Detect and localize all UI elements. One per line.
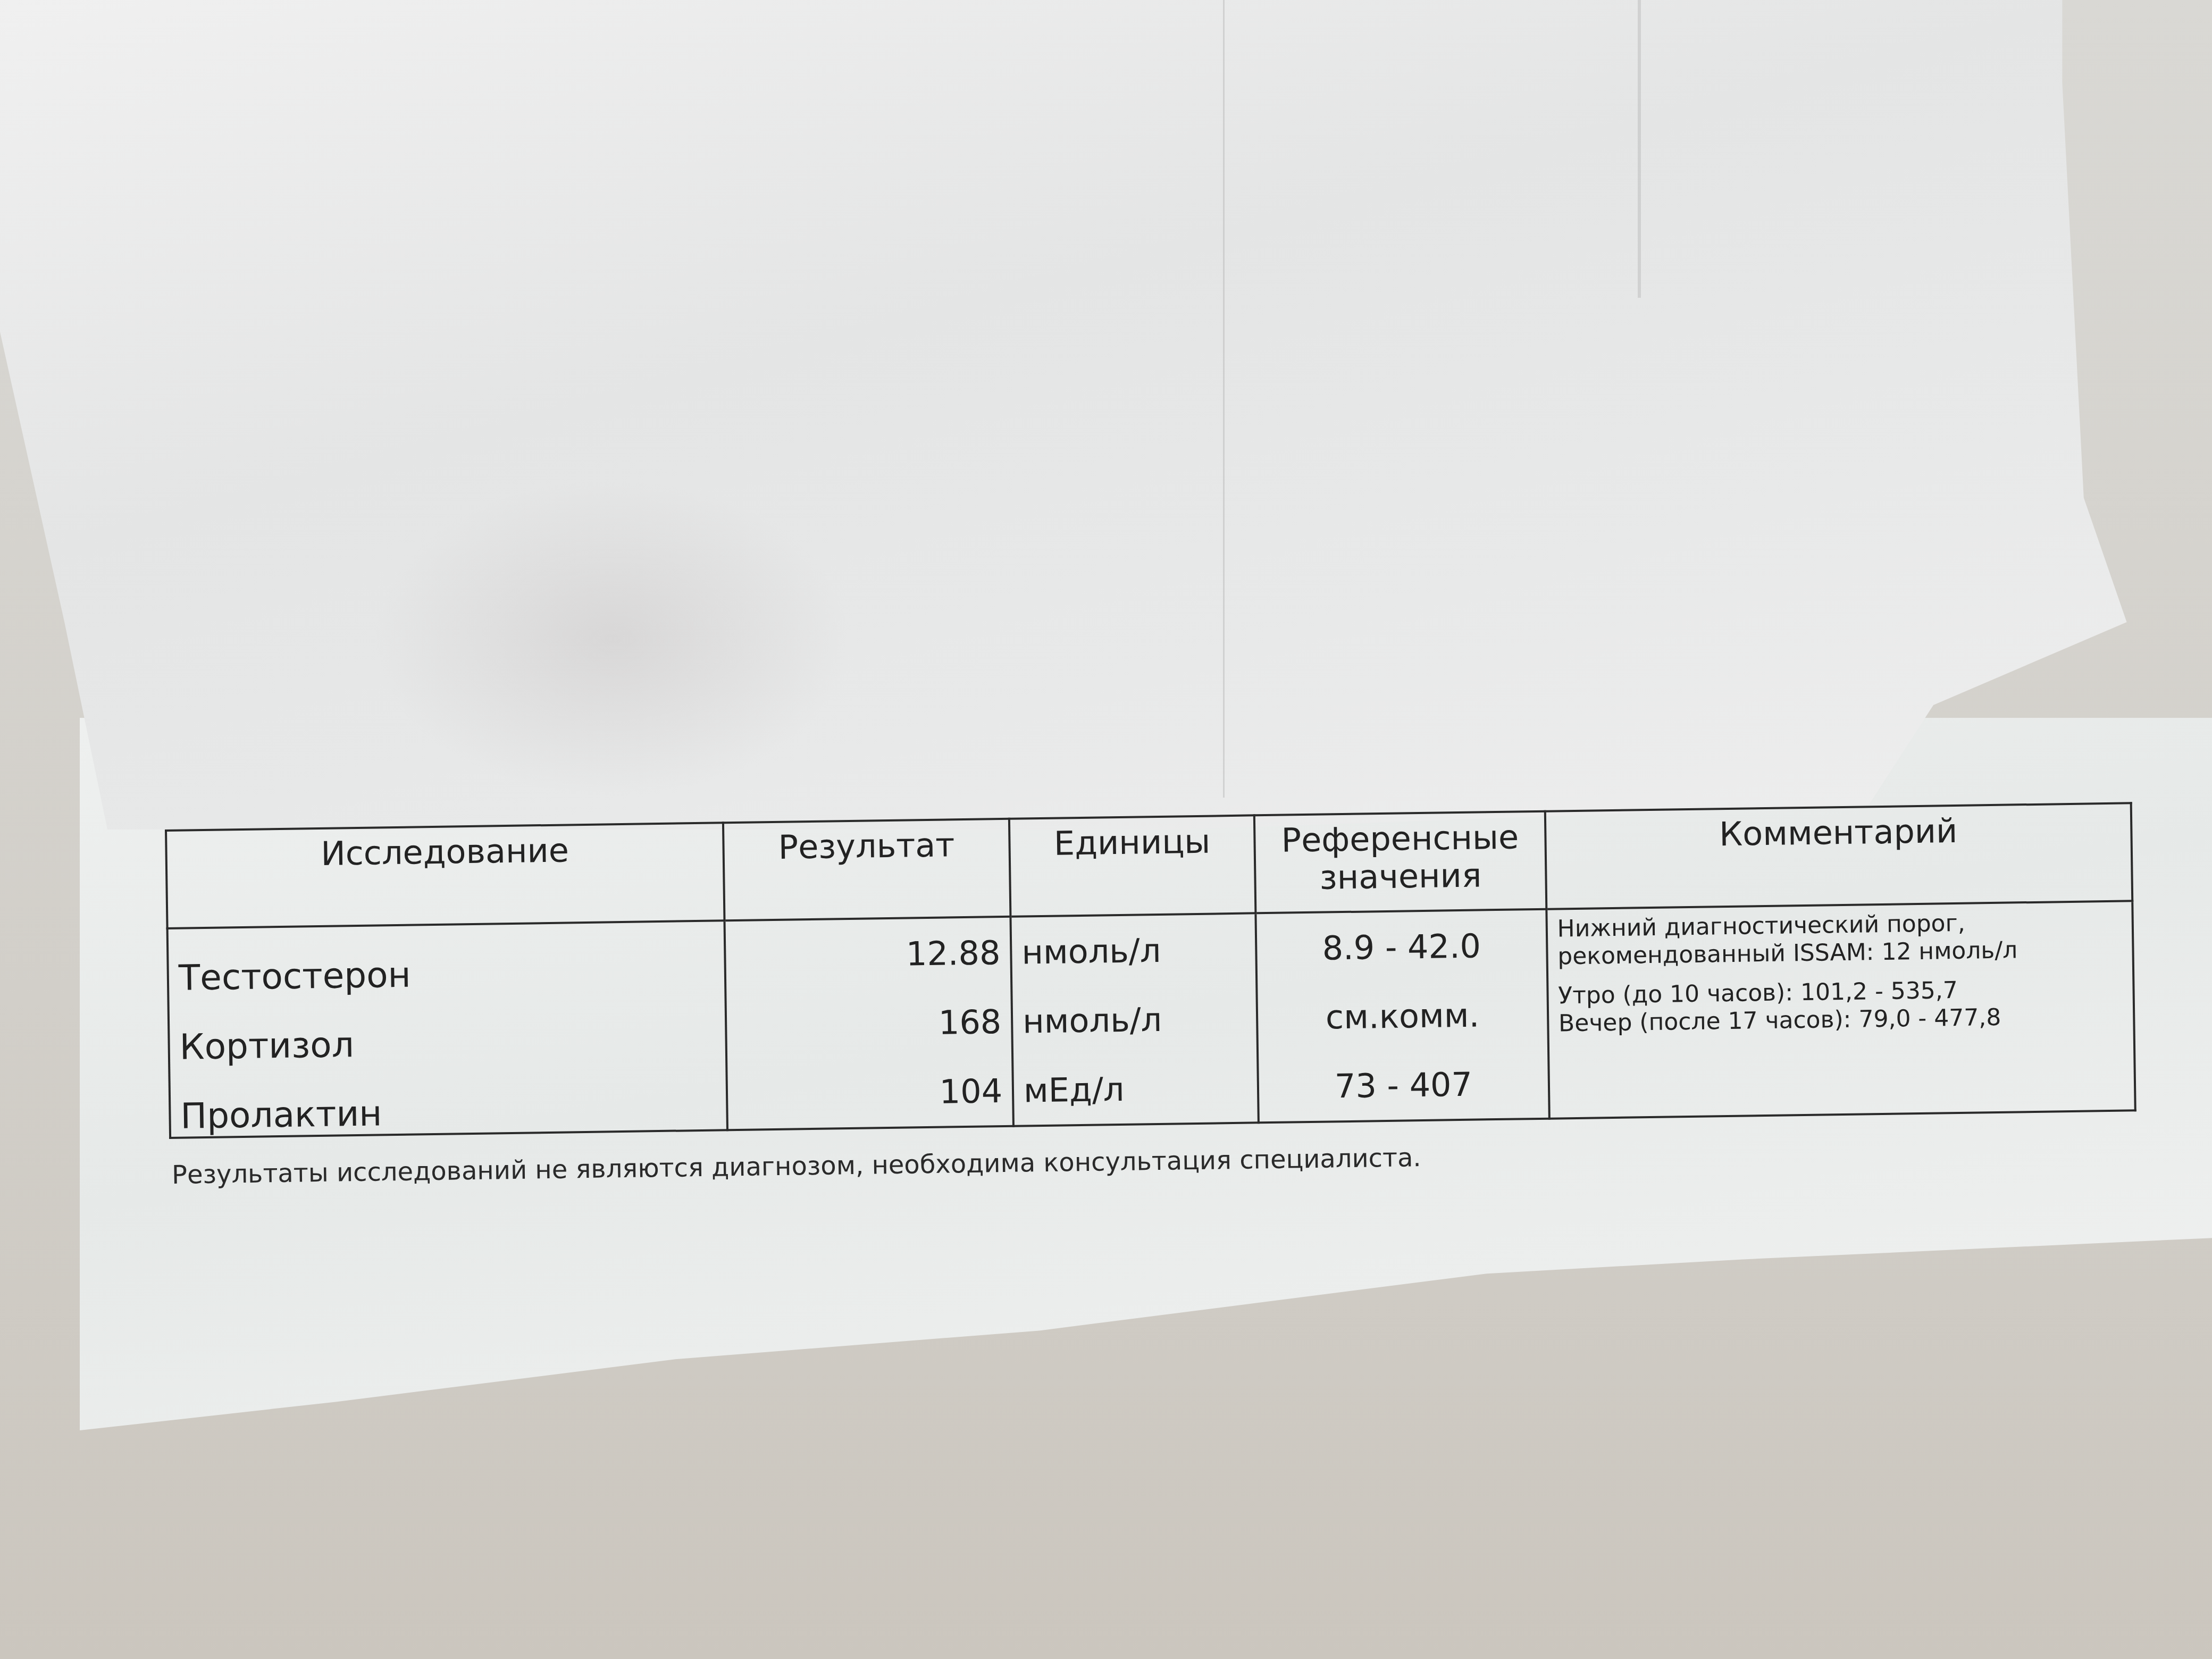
lab-report: Исследование Результат Единицы Референсн… — [165, 802, 2148, 1190]
test-name: Пролактин — [170, 1060, 726, 1137]
comment-testosterone: Нижний диагностический порог, рекомендов… — [1557, 908, 2123, 971]
unit-value: нмоль/л — [1012, 914, 1256, 986]
result-value: 168 — [726, 987, 1011, 1060]
unit-value: нмоль/л — [1012, 983, 1256, 1055]
header-result: Результат — [723, 819, 1011, 920]
result-value: 104 — [727, 1056, 1012, 1129]
results-cell: 12.88 168 104 — [724, 917, 1013, 1130]
results-table: Исследование Результат Единицы Референсн… — [165, 802, 2136, 1139]
table-body-row: Тестостерон Кортизол Пролактин 12.88 168… — [167, 901, 2135, 1138]
test-names-cell: Тестостерон Кортизол Пролактин — [167, 920, 727, 1138]
test-name: Тестостерон — [169, 921, 725, 999]
test-name: Кортизол — [169, 991, 725, 1068]
header-test: Исследование — [166, 823, 724, 928]
header-comment: Комментарий — [1545, 803, 2133, 909]
reference-value: 73 - 407 — [1259, 1049, 1548, 1122]
shadow — [372, 479, 851, 798]
header-reference: Референсные значения — [1254, 811, 1546, 914]
reference-value: см.комм. — [1258, 979, 1547, 1053]
fold-crease — [1223, 0, 1225, 798]
unit-value: мЕд/л — [1013, 1052, 1258, 1125]
header-units: Единицы — [1009, 815, 1256, 916]
result-value: 12.88 — [726, 918, 1011, 991]
units-cell: нмоль/л нмоль/л мЕд/л — [1010, 913, 1259, 1126]
reference-cell: 8.9 - 42.0 см.комм. 73 - 407 — [1256, 909, 1549, 1123]
fold-crease — [1638, 0, 1641, 298]
folded-paper-flap — [0, 0, 2148, 829]
reference-value: 8.9 - 42.0 — [1257, 910, 1546, 984]
comment-cell: Нижний диагностический порог, рекомендов… — [1546, 901, 2135, 1118]
